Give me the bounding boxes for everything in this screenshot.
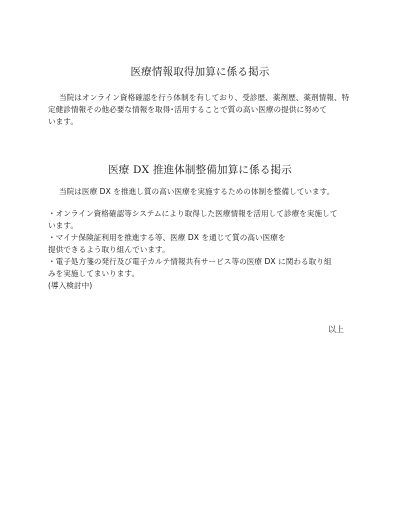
section-title-medical-dx: 医療 DX 推進体制整備加算に係る掲示 <box>0 164 400 176</box>
intro-line: 当院は医療 DX を推進し質の高い医療を実施するための体制を整備しています。 <box>48 186 358 198</box>
bullet-line: ・オンライン資格確認等システムにより取得した医療情報を活用して診療を実施して <box>48 208 358 220</box>
bullet-line: ・電子処方箋の発行及び電子カルテ情報共有サービス等の医療 DX に関わる取り組 <box>48 256 358 268</box>
paragraph-line: います。 <box>48 116 358 128</box>
section1-paragraph: 当院はオンライン資格確認を行う体制を有しており、受診歴、薬剤歴、薬剤情報、特 定… <box>48 92 358 128</box>
bullet-line: 提供できるよう取り組んでいます。 <box>48 244 358 256</box>
section-title-medical-info-acquisition: 医療情報取得加算に係る掲示 <box>0 66 400 78</box>
bullet-line: います。 <box>48 220 358 232</box>
section2-bullet-list: ・オンライン資格確認等システムにより取得した医療情報を活用して診療を実施して い… <box>48 208 358 292</box>
bullet-line: ・マイナ保険証利用を推進する等、医療 DX を通じて質の高い医療を <box>48 232 358 244</box>
paragraph-line: 定健診情報その他必要な情報を取得･活用することで質の高い医療の提供に努めて <box>48 104 358 116</box>
closing-mark: 以上 <box>328 324 344 336</box>
document-page: 医療情報取得加算に係る掲示 当院はオンライン資格確認を行う体制を有しており、受診… <box>0 0 400 528</box>
section2-intro: 当院は医療 DX を推進し質の高い医療を実施するための体制を整備しています。 <box>48 186 358 198</box>
paragraph-line: 当院はオンライン資格確認を行う体制を有しており、受診歴、薬剤歴、薬剤情報、特 <box>48 92 358 104</box>
bullet-line: みを実施してまいります。 <box>48 268 358 280</box>
bullet-line-status-note: (導入検討中) <box>48 280 358 292</box>
